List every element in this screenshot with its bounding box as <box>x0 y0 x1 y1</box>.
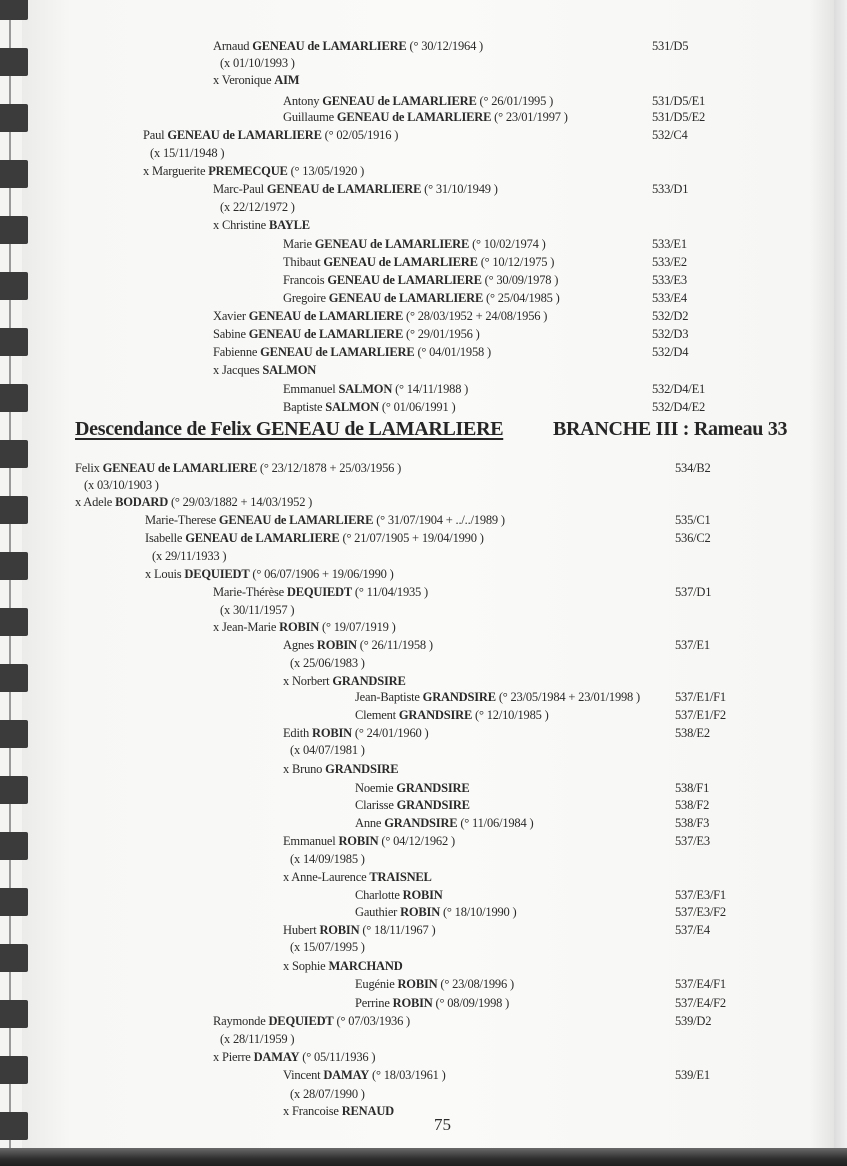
surname: TRAISNEL <box>369 870 431 884</box>
given-name: Gregoire <box>283 291 329 305</box>
life-dates: (° 02/05/1916 ) <box>322 128 398 142</box>
given-name: Clement <box>355 708 399 722</box>
binding-wire <box>9 76 11 104</box>
surname: RENAUD <box>342 1104 394 1118</box>
given-name: (x 14/09/1985 ) <box>290 852 365 866</box>
binding-ring <box>0 440 28 468</box>
surname: GENEAU de LAMARLIERE <box>323 255 477 269</box>
life-dates: (° 05/11/1936 ) <box>299 1050 375 1064</box>
given-name: Antony <box>283 94 322 108</box>
given-name: Edith <box>283 726 312 740</box>
person-entry: Felix GENEAU de LAMARLIERE (° 23/12/1878… <box>75 461 401 475</box>
reference-code: 532/D2 <box>652 309 688 323</box>
spouse-entry: x Louis DEQUIEDT (° 06/07/1906 + 19/06/1… <box>145 567 394 581</box>
given-name: Emmanuel <box>283 834 338 848</box>
surname: BAYLE <box>269 218 310 232</box>
given-name: (x 28/07/1990 ) <box>290 1087 365 1101</box>
spouse-marker: x <box>213 1050 222 1064</box>
binding-wire <box>9 692 11 720</box>
life-dates: (° 04/01/1958 ) <box>415 345 491 359</box>
life-dates: (° 25/04/1985 ) <box>483 291 559 305</box>
given-name: Guillaume <box>283 110 337 124</box>
given-name: Pierre <box>222 1050 254 1064</box>
binding-wire <box>9 1028 11 1056</box>
surname: GRANDSIRE <box>384 816 457 830</box>
surname: GENEAU de LAMARLIERE <box>103 461 257 475</box>
given-name: Sophie <box>292 959 328 973</box>
given-name: Jacques <box>222 363 262 377</box>
person-entry: Francois GENEAU de LAMARLIERE (° 30/09/1… <box>283 273 558 287</box>
surname: GENEAU de LAMARLIERE <box>249 327 403 341</box>
spouse-marker: x <box>283 674 292 688</box>
binding-ring <box>0 48 28 76</box>
person-entry: Marie-Thérèse DEQUIEDT (° 11/04/1935 ) <box>213 585 428 599</box>
person-entry: Raymonde DEQUIEDT (° 07/03/1936 ) <box>213 1014 410 1028</box>
marriage-date: (x 22/12/1972 ) <box>220 200 295 214</box>
reference-code: 532/D3 <box>652 327 688 341</box>
surname: BODARD <box>115 495 168 509</box>
life-dates: (° 14/11/1988 ) <box>392 382 468 396</box>
surname: DEQUIEDT <box>268 1014 333 1028</box>
given-name: Marc-Paul <box>213 182 267 196</box>
life-dates: (° 29/01/1956 ) <box>403 327 479 341</box>
reference-code: 537/E3 <box>675 834 710 848</box>
life-dates: (° 23/01/1997 ) <box>491 110 567 124</box>
life-dates: (° 21/07/1905 + 19/04/1990 ) <box>340 531 484 545</box>
surname: ROBIN <box>312 726 352 740</box>
life-dates: (° 24/01/1960 ) <box>352 726 428 740</box>
surname: ROBIN <box>319 923 359 937</box>
spouse-entry: x Anne-Laurence TRAISNEL <box>283 870 432 884</box>
given-name: Hubert <box>283 923 319 937</box>
spouse-entry: x Sophie MARCHAND <box>283 959 403 973</box>
person-entry: Clement GRANDSIRE (° 12/10/1985 ) <box>355 708 549 722</box>
person-entry: Marc-Paul GENEAU de LAMARLIERE (° 31/10/… <box>213 182 498 196</box>
given-name: Agnes <box>283 638 317 652</box>
section-branch: BRANCHE III : Rameau 33 <box>553 418 787 441</box>
given-name: Isabelle <box>145 531 185 545</box>
person-entry: Charlotte ROBIN <box>355 888 443 902</box>
spouse-marker: x <box>213 620 222 634</box>
marriage-date: (x 15/11/1948 ) <box>150 146 224 160</box>
binding-ring <box>0 608 28 636</box>
spouse-entry: x Christine BAYLE <box>213 218 310 232</box>
person-entry: Vincent DAMAY (° 18/03/1961 ) <box>283 1068 446 1082</box>
reference-code: 534/B2 <box>675 461 711 475</box>
binding-wire <box>9 804 11 832</box>
spouse-marker: x <box>213 363 222 377</box>
surname: DEQUIEDT <box>287 585 352 599</box>
binding-ring <box>0 944 28 972</box>
spouse-marker: x <box>283 1104 292 1118</box>
person-entry: Hubert ROBIN (° 18/11/1967 ) <box>283 923 435 937</box>
person-entry: Marie GENEAU de LAMARLIERE (° 10/02/1974… <box>283 237 546 251</box>
reference-code: 539/E1 <box>675 1068 710 1082</box>
binding-wire <box>9 412 11 440</box>
reference-code: 533/E1 <box>652 237 687 251</box>
given-name: (x 30/11/1957 ) <box>220 603 294 617</box>
surname: GENEAU de LAMARLIERE <box>249 309 403 323</box>
given-name: (x 29/11/1933 ) <box>152 549 226 563</box>
given-name: Clarisse <box>355 798 397 812</box>
reference-code: 537/E3/F1 <box>675 888 726 902</box>
life-dates: (° 31/07/1904 + ../../1989 ) <box>373 513 505 527</box>
reference-code: 537/D1 <box>675 585 711 599</box>
surname: GENEAU de LAMARLIERE <box>185 531 339 545</box>
life-dates: (° 12/10/1985 ) <box>472 708 548 722</box>
life-dates: (° 26/01/1995 ) <box>477 94 553 108</box>
life-dates: (° 13/05/1920 ) <box>288 164 364 178</box>
person-entry: Edith ROBIN (° 24/01/1960 ) <box>283 726 428 740</box>
binding-ring <box>0 0 28 20</box>
binding-wire <box>9 132 11 160</box>
reference-code: 533/E2 <box>652 255 687 269</box>
reference-code: 531/D5/E2 <box>652 110 705 124</box>
surname: ROBIN <box>403 888 443 902</box>
surname: ROBIN <box>400 905 440 919</box>
life-dates: (° 18/03/1961 ) <box>369 1068 445 1082</box>
spouse-entry: x Jean-Marie ROBIN (° 19/07/1919 ) <box>213 620 396 634</box>
reference-code: 532/D4/E1 <box>652 382 705 396</box>
binding-wire <box>9 524 11 552</box>
surname: SALMON <box>262 363 316 377</box>
reference-code: 532/D4/E2 <box>652 400 705 414</box>
surname: GENEAU de LAMARLIERE <box>267 182 421 196</box>
marriage-date: (x 15/07/1995 ) <box>290 940 365 954</box>
reference-code: 538/F1 <box>675 781 709 795</box>
binding-ring <box>0 1056 28 1084</box>
marriage-date: (x 29/11/1933 ) <box>152 549 226 563</box>
spouse-entry: x Adele BODARD (° 29/03/1882 + 14/03/195… <box>75 495 312 509</box>
surname: GENEAU de LAMARLIERE <box>167 128 321 142</box>
binding-ring <box>0 832 28 860</box>
given-name: Felix <box>75 461 103 475</box>
reference-code: 532/C4 <box>652 128 688 142</box>
binding-wire <box>9 188 11 216</box>
given-name: (x 03/10/1903 ) <box>84 478 159 492</box>
given-name: Bruno <box>292 762 325 776</box>
binding-wire <box>9 468 11 496</box>
life-dates: (° 10/12/1975 ) <box>478 255 554 269</box>
given-name: (x 22/12/1972 ) <box>220 200 295 214</box>
marriage-date: (x 28/11/1959 ) <box>220 1032 294 1046</box>
reference-code: 535/C1 <box>675 513 711 527</box>
person-entry: Clarisse GRANDSIRE <box>355 798 470 812</box>
life-dates: (° 06/07/1906 + 19/06/1990 ) <box>249 567 393 581</box>
marriage-date: (x 25/06/1983 ) <box>290 656 365 670</box>
given-name: Marie-Therese <box>145 513 219 527</box>
life-dates: (° 10/02/1974 ) <box>469 237 545 251</box>
spiral-binding <box>0 0 34 1166</box>
spouse-marker: x <box>145 567 154 581</box>
binding-wire <box>9 636 11 664</box>
given-name: (x 04/07/1981 ) <box>290 743 365 757</box>
reference-code: 533/E3 <box>652 273 687 287</box>
reference-code: 533/E4 <box>652 291 687 305</box>
spouse-marker: x <box>283 762 292 776</box>
surname: GENEAU de LAMARLIERE <box>315 237 469 251</box>
page-bottom-shadow <box>0 1148 847 1166</box>
given-name: Marie <box>283 237 315 251</box>
reference-code: 531/D5/E1 <box>652 94 705 108</box>
reference-code: 538/F3 <box>675 816 709 830</box>
page-edge <box>834 0 847 1148</box>
life-dates: (° 29/03/1882 + 14/03/1952 ) <box>168 495 312 509</box>
given-name: Vincent <box>283 1068 323 1082</box>
marriage-date: (x 30/11/1957 ) <box>220 603 294 617</box>
surname: GENEAU de LAMARLIERE <box>252 39 406 53</box>
binding-ring <box>0 720 28 748</box>
marriage-date: (x 14/09/1985 ) <box>290 852 365 866</box>
binding-ring <box>0 888 28 916</box>
surname: AIM <box>274 73 299 87</box>
given-name: Sabine <box>213 327 249 341</box>
given-name: (x 15/07/1995 ) <box>290 940 365 954</box>
surname: GENEAU de LAMARLIERE <box>219 513 373 527</box>
given-name: Charlotte <box>355 888 403 902</box>
life-dates: (° 08/09/1998 ) <box>433 996 509 1010</box>
given-name: (x 15/11/1948 ) <box>150 146 224 160</box>
life-dates: (° 07/03/1936 ) <box>334 1014 410 1028</box>
surname: SALMON <box>338 382 392 396</box>
given-name: Norbert <box>292 674 332 688</box>
person-entry: Sabine GENEAU de LAMARLIERE (° 29/01/195… <box>213 327 480 341</box>
binding-wire <box>9 916 11 944</box>
person-entry: Eugénie ROBIN (° 23/08/1996 ) <box>355 977 514 991</box>
surname: PREMECQUE <box>208 164 287 178</box>
person-entry: Emmanuel SALMON (° 14/11/1988 ) <box>283 382 468 396</box>
person-entry: Xavier GENEAU de LAMARLIERE (° 28/03/195… <box>213 309 547 323</box>
spouse-marker: x <box>143 164 152 178</box>
reference-code: 537/E1/F2 <box>675 708 726 722</box>
given-name: Paul <box>143 128 167 142</box>
given-name: Francoise <box>292 1104 342 1118</box>
surname: GRANDSIRE <box>325 762 398 776</box>
binding-ring <box>0 104 28 132</box>
spouse-marker: x <box>283 959 292 973</box>
given-name: Veronique <box>222 73 275 87</box>
person-entry: Gregoire GENEAU de LAMARLIERE (° 25/04/1… <box>283 291 560 305</box>
surname: DEQUIEDT <box>184 567 249 581</box>
person-entry: Isabelle GENEAU de LAMARLIERE (° 21/07/1… <box>145 531 484 545</box>
surname: GRANDSIRE <box>399 708 472 722</box>
life-dates: (° 23/08/1996 ) <box>437 977 513 991</box>
surname: ROBIN <box>317 638 357 652</box>
person-entry: Perrine ROBIN (° 08/09/1998 ) <box>355 996 509 1010</box>
reference-code: 539/D2 <box>675 1014 711 1028</box>
life-dates: (° 28/03/1952 + 24/08/1956 ) <box>403 309 547 323</box>
given-name: Noemie <box>355 781 396 795</box>
given-name: Christine <box>222 218 269 232</box>
life-dates: (° 18/11/1967 ) <box>359 923 435 937</box>
binding-ring <box>0 328 28 356</box>
surname: DAMAY <box>323 1068 369 1082</box>
binding-ring <box>0 160 28 188</box>
surname: ROBIN <box>393 996 433 1010</box>
given-name: Adele <box>83 495 115 509</box>
given-name: (x 01/10/1993 ) <box>220 56 295 70</box>
binding-ring <box>0 664 28 692</box>
person-entry: Jean-Baptiste GRANDSIRE (° 23/05/1984 + … <box>355 690 640 704</box>
binding-ring <box>0 384 28 412</box>
reference-code: 537/E4/F2 <box>675 996 726 1010</box>
given-name: Thibaut <box>283 255 323 269</box>
binding-ring <box>0 496 28 524</box>
reference-code: 537/E1 <box>675 638 710 652</box>
binding-ring <box>0 1000 28 1028</box>
surname: GENEAU de LAMARLIERE <box>322 94 476 108</box>
binding-wire <box>9 356 11 384</box>
reference-code: 532/D4 <box>652 345 688 359</box>
life-dates: (° 23/12/1878 + 25/03/1956 ) <box>257 461 401 475</box>
binding-ring <box>0 552 28 580</box>
given-name: Raymonde <box>213 1014 268 1028</box>
life-dates: (° 26/11/1958 ) <box>357 638 433 652</box>
surname: ROBIN <box>338 834 378 848</box>
life-dates: (° 01/06/1991 ) <box>379 400 455 414</box>
given-name: (x 25/06/1983 ) <box>290 656 365 670</box>
binding-ring <box>0 272 28 300</box>
given-name: Louis <box>154 567 184 581</box>
life-dates: (° 19/07/1919 ) <box>319 620 395 634</box>
given-name: Emmanuel <box>283 382 338 396</box>
binding-wire <box>9 244 11 272</box>
binding-wire <box>9 20 11 48</box>
life-dates: (° 11/04/1935 ) <box>352 585 428 599</box>
person-entry: Agnes ROBIN (° 26/11/1958 ) <box>283 638 433 652</box>
binding-ring <box>0 216 28 244</box>
binding-wire <box>9 300 11 328</box>
marriage-date: (x 03/10/1903 ) <box>84 478 159 492</box>
marriage-date: (x 01/10/1993 ) <box>220 56 295 70</box>
life-dates: (° 11/06/1984 ) <box>457 816 533 830</box>
spouse-entry: x Jacques SALMON <box>213 363 316 377</box>
person-entry: Marie-Therese GENEAU de LAMARLIERE (° 31… <box>145 513 505 527</box>
reference-code: 537/E3/F2 <box>675 905 726 919</box>
given-name: Anne <box>355 816 384 830</box>
surname: ROBIN <box>279 620 319 634</box>
binding-wire <box>9 580 11 608</box>
surname: SALMON <box>325 400 379 414</box>
person-entry: Emmanuel ROBIN (° 04/12/1962 ) <box>283 834 455 848</box>
spouse-marker: x <box>213 218 222 232</box>
person-entry: Arnaud GENEAU de LAMARLIERE (° 30/12/196… <box>213 39 483 53</box>
surname: MARCHAND <box>328 959 402 973</box>
surname: GENEAU de LAMARLIERE <box>327 273 481 287</box>
spouse-entry: x Veronique AIM <box>213 73 299 87</box>
spouse-entry: x Francoise RENAUD <box>283 1104 394 1118</box>
binding-wire <box>9 1084 11 1112</box>
spouse-entry: x Bruno GRANDSIRE <box>283 762 398 776</box>
reference-code: 537/E1/F1 <box>675 690 726 704</box>
binding-ring <box>0 1112 28 1140</box>
person-entry: Antony GENEAU de LAMARLIERE (° 26/01/199… <box>283 94 553 108</box>
given-name: Marguerite <box>152 164 208 178</box>
person-entry: Baptiste SALMON (° 01/06/1991 ) <box>283 400 455 414</box>
person-entry: Paul GENEAU de LAMARLIERE (° 02/05/1916 … <box>143 128 398 142</box>
reference-code: 531/D5 <box>652 39 688 53</box>
reference-code: 536/C2 <box>675 531 711 545</box>
life-dates: (° 04/12/1962 ) <box>378 834 454 848</box>
given-name: Eugénie <box>355 977 397 991</box>
person-entry: Anne GRANDSIRE (° 11/06/1984 ) <box>355 816 533 830</box>
reference-code: 537/E4 <box>675 923 710 937</box>
life-dates: (° 30/12/1964 ) <box>407 39 483 53</box>
surname: GRANDSIRE <box>396 781 469 795</box>
surname: GENEAU de LAMARLIERE <box>337 110 491 124</box>
given-name: Fabienne <box>213 345 260 359</box>
spouse-entry: x Pierre DAMAY (° 05/11/1936 ) <box>213 1050 375 1064</box>
reference-code: 537/E4/F1 <box>675 977 726 991</box>
marriage-date: (x 28/07/1990 ) <box>290 1087 365 1101</box>
given-name: Marie-Thérèse <box>213 585 287 599</box>
marriage-date: (x 04/07/1981 ) <box>290 743 365 757</box>
reference-code: 533/D1 <box>652 182 688 196</box>
life-dates: (° 18/10/1990 ) <box>440 905 516 919</box>
surname: GRANDSIRE <box>423 690 496 704</box>
binding-wire <box>9 748 11 776</box>
binding-wire <box>9 860 11 888</box>
given-name: Jean-Marie <box>222 620 279 634</box>
given-name: Perrine <box>355 996 393 1010</box>
section-heading: Descendance de Felix GENEAU de LAMARLIER… <box>75 418 503 441</box>
spouse-marker: x <box>213 73 222 87</box>
person-entry: Guillaume GENEAU de LAMARLIERE (° 23/01/… <box>283 110 568 124</box>
life-dates: (° 31/10/1949 ) <box>421 182 497 196</box>
person-entry: Fabienne GENEAU de LAMARLIERE (° 04/01/1… <box>213 345 491 359</box>
given-name: Anne-Laurence <box>291 870 369 884</box>
life-dates: (° 30/09/1978 ) <box>482 273 558 287</box>
given-name: (x 28/11/1959 ) <box>220 1032 294 1046</box>
given-name: Arnaud <box>213 39 252 53</box>
reference-code: 538/F2 <box>675 798 709 812</box>
given-name: Jean-Baptiste <box>355 690 423 704</box>
life-dates: (° 23/05/1984 + 23/01/1998 ) <box>496 690 640 704</box>
surname: ROBIN <box>397 977 437 991</box>
page-number: 75 <box>434 1115 451 1135</box>
surname: GENEAU de LAMARLIERE <box>329 291 483 305</box>
surname: GENEAU de LAMARLIERE <box>260 345 414 359</box>
given-name: Gauthier <box>355 905 400 919</box>
given-name: Baptiste <box>283 400 325 414</box>
spouse-entry: x Marguerite PREMECQUE (° 13/05/1920 ) <box>143 164 364 178</box>
person-entry: Thibaut GENEAU de LAMARLIERE (° 10/12/19… <box>283 255 554 269</box>
spouse-entry: x Norbert GRANDSIRE <box>283 674 406 688</box>
given-name: Xavier <box>213 309 249 323</box>
surname: GRANDSIRE <box>397 798 470 812</box>
surname: GRANDSIRE <box>332 674 405 688</box>
binding-wire <box>9 972 11 1000</box>
person-entry: Gauthier ROBIN (° 18/10/1990 ) <box>355 905 517 919</box>
given-name: Francois <box>283 273 327 287</box>
person-entry: Noemie GRANDSIRE <box>355 781 470 795</box>
binding-ring <box>0 776 28 804</box>
surname: DAMAY <box>254 1050 300 1064</box>
reference-code: 538/E2 <box>675 726 710 740</box>
